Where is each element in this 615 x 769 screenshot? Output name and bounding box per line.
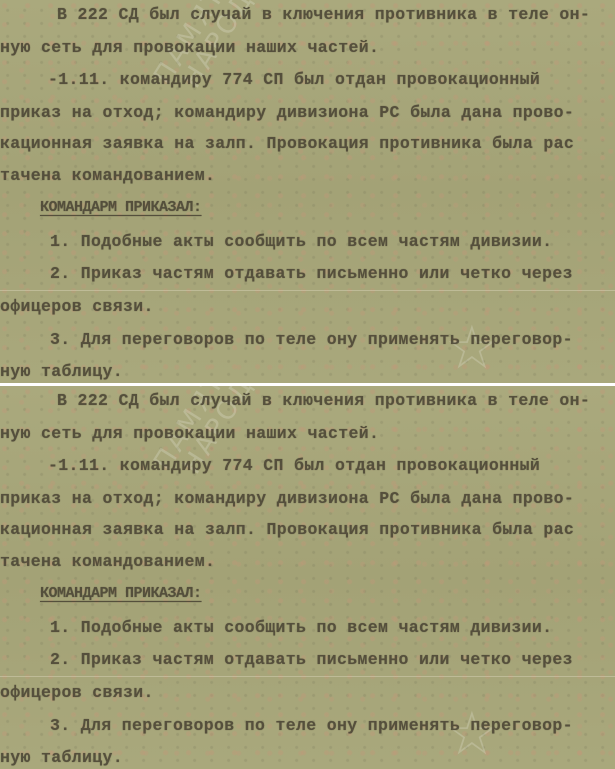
text-line: приказ на отход; командиру дивизиона РС … [0,489,574,508]
text-line: ную сеть для провокации наших частей. [0,424,379,443]
text-line: кационная заявка на залп. Провокация про… [0,520,574,539]
text-line: -1.11. командиру 774 СП был отдан провок… [48,70,540,89]
text-line: 1. Подобные акты сообщить по всем частям… [50,618,552,637]
text-line: ную таблицу. [0,362,123,381]
text-line: В 222 СД был случай в ключения противник… [57,391,590,410]
text-line: офицеров связи. [0,297,154,316]
section-heading: КОМАНДАРМ ПРИКАЗАЛ: [40,585,202,602]
text-line: офицеров связи. [0,683,154,702]
text-line: 3. Для переговоров по теле ону применять… [50,330,573,349]
text-line: 3. Для переговоров по теле ону применять… [50,716,573,735]
text-line: тачена командованием. [0,552,215,571]
text-line: В 222 СД был случай в ключения противник… [57,5,590,24]
text-line: ную таблицу. [0,748,123,767]
section-heading: КОМАНДАРМ ПРИКАЗАЛ: [40,199,202,216]
text-line: тачена командованием. [0,166,215,185]
paper-fold-line [0,290,615,291]
text-line: кационная заявка на залп. Провокация про… [0,134,574,153]
text-line: -1.11. командиру 774 СП был отдан провок… [48,456,540,475]
text-line: 2. Приказ частям отдавать письменно или … [50,650,573,669]
text-line: 1. Подобные акты сообщить по всем частям… [50,232,552,251]
text-line: приказ на отход; командиру дивизиона РС … [0,103,574,122]
document-scan-panel-bottom: ПАМЯТЬ НАРОДА ☆ В 222 СД был случай в кл… [0,386,615,769]
text-line: ную сеть для провокации наших частей. [0,38,379,57]
document-scan-panel-top: ПАМЯТЬ НАРОДА ☆ В 222 СД был случай в кл… [0,0,615,383]
text-line: 2. Приказ частям отдавать письменно или … [50,264,573,283]
paper-fold-line [0,676,615,677]
